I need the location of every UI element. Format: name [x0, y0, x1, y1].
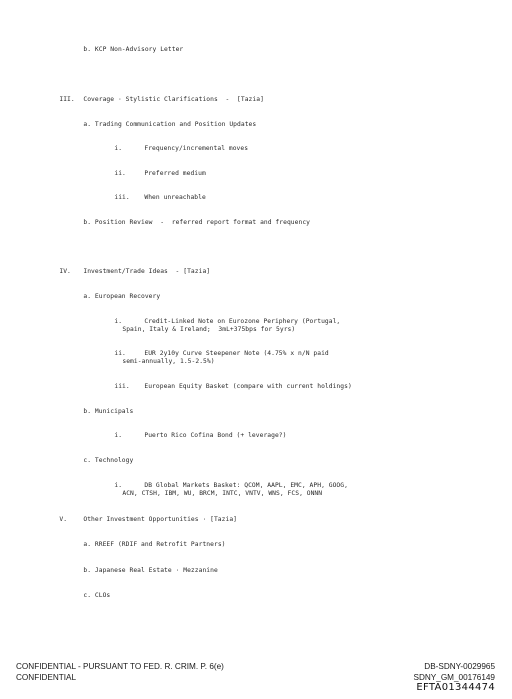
- item-label: i.: [114, 432, 144, 440]
- item-text: RREEF (RDIF and Retrofit Partners): [95, 541, 226, 548]
- item-label: b.: [83, 408, 91, 416]
- sub-list-item: iii.European Equity Basket (compare with…: [99, 375, 352, 399]
- list-item: c. CLOs: [68, 584, 110, 608]
- item-text: Spain, Italy & Ireland; 3mL+375bps for 5…: [122, 326, 295, 333]
- list-item: c. Technology: [68, 449, 133, 473]
- confidentiality-notice: CONFIDENTIAL - PURSUANT TO FED. R. CRIM.…: [16, 662, 224, 672]
- sub-list-item: i.Frequency/incremental moves: [99, 137, 248, 161]
- list-item: b. Japanese Real Estate · Mezzanine: [68, 559, 218, 583]
- item-label: a.: [83, 293, 91, 301]
- item-text: When unreachable: [144, 194, 205, 201]
- item-text: Japanese Real Estate · Mezzanine: [95, 567, 218, 574]
- sub-list-item: iii.When unreachable: [99, 186, 206, 210]
- item-label: c.: [83, 592, 91, 600]
- list-item: a. European Recovery: [68, 285, 160, 309]
- item-label: i.: [114, 145, 144, 153]
- item-text: Municipals: [95, 408, 133, 415]
- item-label: ii.: [114, 170, 144, 178]
- list-item: b. Municipals: [68, 400, 133, 424]
- item-text: Trading Communication and Position Updat…: [95, 121, 256, 128]
- item-label: iii.: [114, 383, 144, 391]
- item-label: iii.: [114, 194, 144, 202]
- item-text: Preferred medium: [144, 170, 205, 177]
- section-heading: IV.Investment/Trade Ideas - [Tazia]: [44, 260, 210, 284]
- item-text: KCP Non-Advisory Letter: [95, 46, 183, 53]
- section-number: IV.: [59, 268, 83, 276]
- bates-number-db: DB-SDNY-0029965: [424, 662, 495, 672]
- item-label: a.: [83, 541, 91, 549]
- section-heading: V.Other Investment Opportunities · [Tazi…: [44, 508, 237, 532]
- section-title: Coverage · Stylistic Clarifications - [T…: [83, 96, 264, 103]
- section-number: III.: [59, 96, 83, 104]
- item-text: European Recovery: [95, 293, 160, 300]
- efta-number: EFTA01344474: [416, 683, 495, 693]
- section-number: V.: [59, 516, 83, 524]
- sub-list-item: ii.Preferred medium: [99, 162, 206, 186]
- sub-list-item-continuation: semi-annually, 1.5-2.5%): [107, 350, 215, 374]
- item-label: b.: [83, 46, 91, 54]
- list-item: b. Position Review - referred report for…: [68, 211, 310, 235]
- section-heading: III.Coverage · Stylistic Clarifications …: [44, 88, 264, 112]
- item-text: semi-annually, 1.5-2.5%): [122, 358, 214, 365]
- item-text: Puerto Rico Cofina Bond (+ leverage?): [144, 432, 286, 439]
- item-label: b.: [83, 219, 91, 227]
- confidentiality-label: CONFIDENTIAL: [16, 673, 76, 683]
- item-label: b.: [83, 567, 91, 575]
- list-item: b. KCP Non-Advisory Letter: [68, 38, 183, 62]
- section-title: Investment/Trade Ideas - [Tazia]: [83, 268, 210, 275]
- item-text: Technology: [95, 457, 133, 464]
- list-item: a. Trading Communication and Position Up…: [68, 113, 256, 137]
- item-label: a.: [83, 121, 91, 129]
- item-text: European Equity Basket (compare with cur…: [144, 383, 351, 390]
- sub-list-item-continuation: Spain, Italy & Ireland; 3mL+375bps for 5…: [107, 318, 295, 342]
- sub-list-item-continuation: ACN, CTSH, IBM, WU, BRCM, INTC, VNTV, WN…: [107, 482, 322, 506]
- item-text: Frequency/incremental moves: [144, 145, 248, 152]
- sub-list-item: i.Puerto Rico Cofina Bond (+ leverage?): [99, 424, 287, 448]
- item-text: Position Review - referred report format…: [95, 219, 310, 226]
- section-title: Other Investment Opportunities · [Tazia]: [83, 516, 237, 523]
- item-label: c.: [83, 457, 91, 465]
- list-item: a. RREEF (RDIF and Retrofit Partners): [68, 533, 226, 557]
- item-text: CLOs: [95, 592, 110, 599]
- item-text: ACN, CTSH, IBM, WU, BRCM, INTC, VNTV, WN…: [122, 490, 322, 497]
